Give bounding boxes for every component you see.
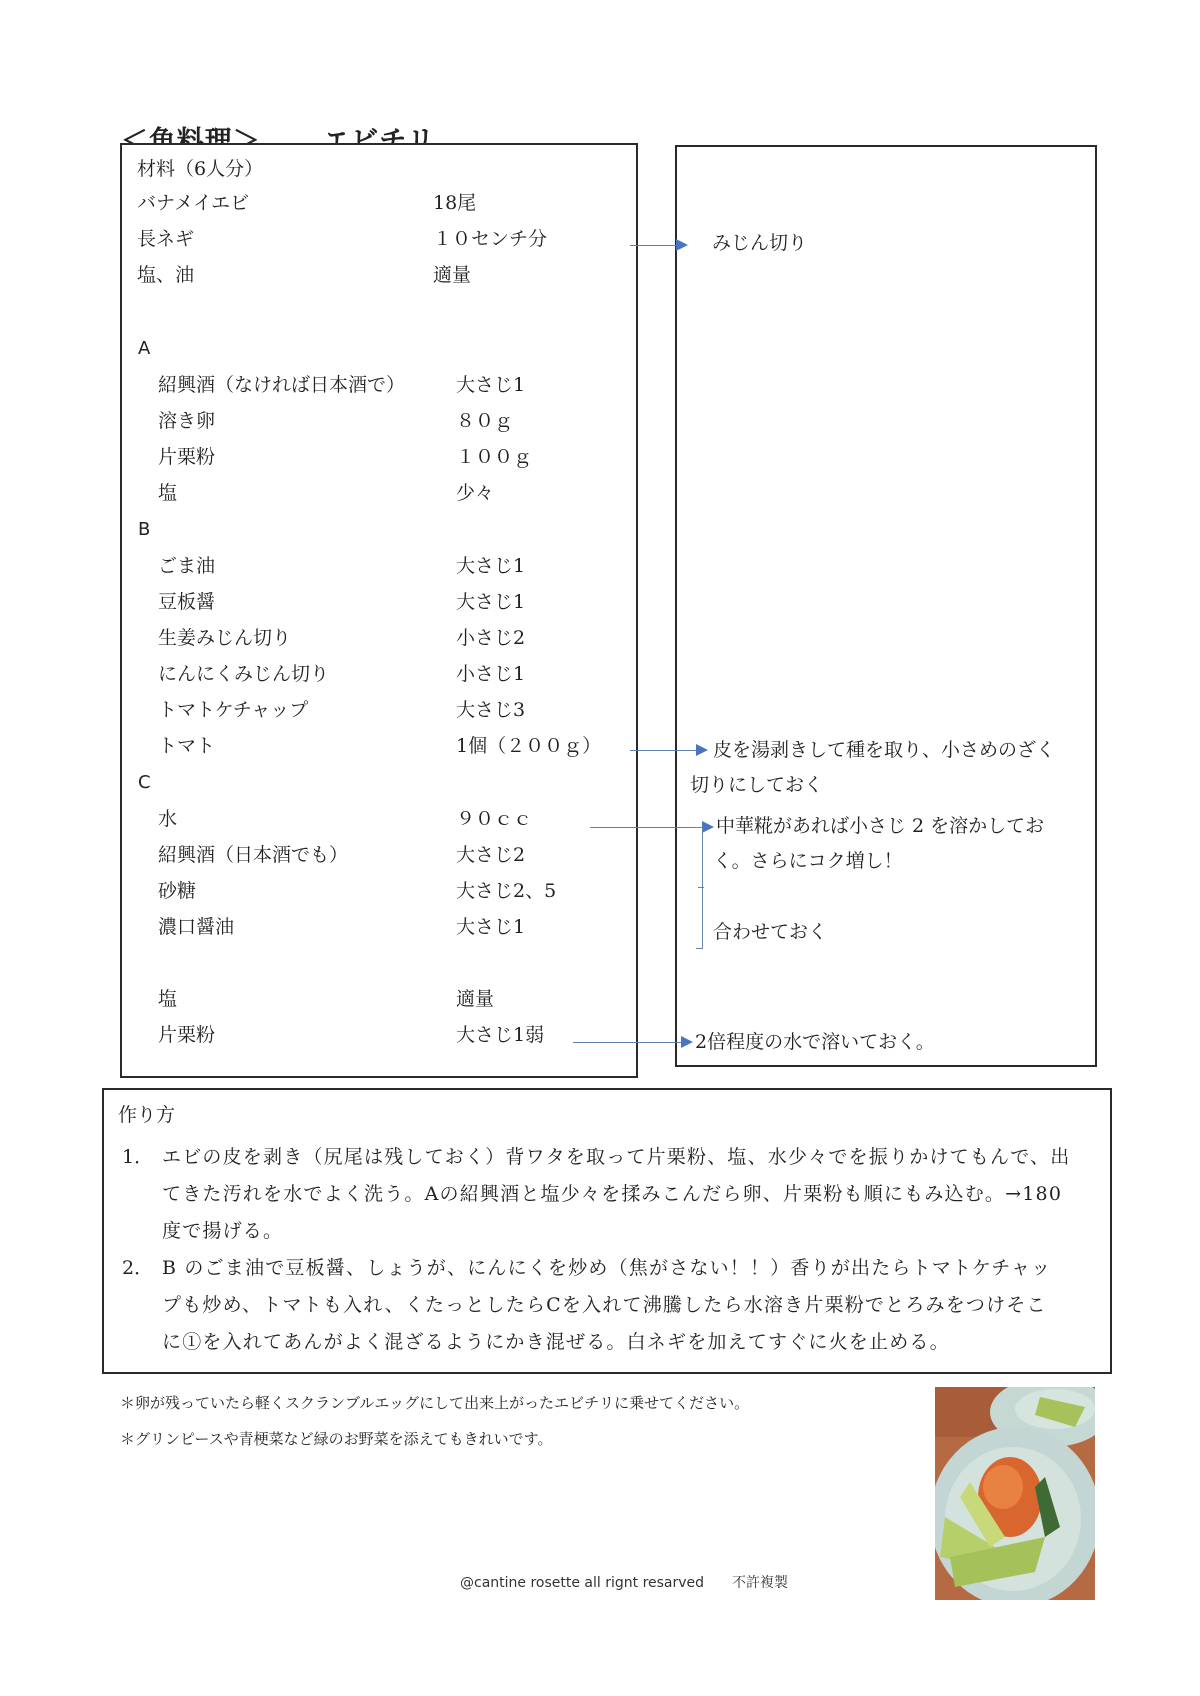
arrow-line — [573, 1042, 683, 1043]
step-text: に①を入れてあんがよく混ざるようにかき混ぜる。白ネギを加えてすぐに火を止める。 — [162, 1327, 950, 1354]
ingredient-qty: 大さじ1 — [456, 376, 525, 395]
ingredient-name: 水 — [158, 810, 177, 829]
ingredient-name: 長ネギ — [137, 230, 194, 249]
ingredient-name: 豆板醤 — [158, 593, 215, 612]
ingredient-qty: 少々 — [456, 484, 494, 503]
footnote: ＊グリンピースや青梗菜など緑のお野菜を添えてもきれいです。 — [120, 1428, 552, 1449]
ingredient-name: 生姜みじん切り — [158, 629, 291, 648]
ingredient-qty: １０センチ分 — [433, 230, 547, 249]
arrow-right-icon — [696, 744, 708, 756]
ingredient-name: 紹興酒（なければ日本酒で） — [158, 376, 405, 395]
step-number: 2． — [122, 1253, 153, 1280]
ingredient-name: にんにくみじん切り — [158, 665, 329, 684]
arrow-right-icon — [676, 239, 688, 251]
ingredient-qty: 適量 — [456, 990, 494, 1009]
ingredient-qty: 大さじ1弱 — [456, 1026, 544, 1045]
step-text: てきた汚れを水でよく洗う。Aの紹興酒と塩少々を揉みこんだら卵、片栗粉も順にもみ込… — [162, 1179, 1062, 1206]
ingredient-name: 砂糖 — [158, 882, 196, 901]
arrow-line — [630, 750, 698, 751]
ingredient-name: トマトケチャップ — [158, 701, 308, 720]
ingredient-qty: ８０ｇ — [456, 412, 513, 431]
arrow-line — [590, 827, 702, 828]
step-number: 1． — [122, 1142, 153, 1169]
footnote: ＊卵が残っていたら軽くスクランブルエッグにして出来上がったエビチリに乗せてくださ… — [120, 1392, 749, 1413]
note-water-line1: 中華糀があれば小さじ 2 を溶かしてお — [716, 817, 1044, 836]
note-negi: みじん切り — [712, 234, 807, 253]
bracket-tick — [698, 887, 704, 888]
ingredient-qty: 大さじ1 — [456, 557, 525, 576]
ingredient-qty: 大さじ3 — [456, 701, 525, 720]
ingredient-name: 塩 — [158, 990, 177, 1009]
ingredient-qty: １００ｇ — [456, 448, 532, 467]
ingredient-qty: 大さじ2 — [456, 846, 525, 865]
ingredient-name: トマト — [158, 737, 215, 756]
arrow-right-icon — [702, 821, 714, 833]
note-starch: 2倍程度の水で溶いておく。 — [695, 1033, 935, 1052]
note-tomato-line1: 皮を湯剥きして種を取り、小さめのざく — [713, 741, 1055, 760]
ingredient-name: ごま油 — [158, 557, 215, 576]
group-label-a: A — [138, 340, 150, 358]
group-label-c: C — [138, 774, 151, 792]
ingredient-name: 片栗粉 — [158, 1026, 215, 1045]
ingredient-name: 片栗粉 — [158, 448, 215, 467]
arrow-line — [630, 245, 678, 246]
step-text: B のごま油で豆板醤、しょうが、にんにくを炒め（焦がさない！！）香りが出たらトマ… — [162, 1253, 1051, 1280]
ingredient-qty: ９０ｃｃ — [456, 810, 532, 829]
note-water-line2: く。さらにコク増し！ — [713, 852, 903, 871]
ingredient-qty: 大さじ2、5 — [456, 882, 556, 901]
method-heading: 作り方 — [118, 1106, 175, 1125]
step-text: プも炒め、トマトも入れ、くたっとしたらCを入れて沸騰したら水溶き片栗粉でとろみを… — [162, 1290, 1047, 1317]
ingredient-qty: 1個（２００ｇ） — [456, 737, 601, 756]
dish-photo — [935, 1387, 1095, 1600]
dish-photo-illustration — [935, 1387, 1095, 1600]
ingredient-qty: 小さじ2 — [456, 629, 525, 648]
note-combine: 合わせておく — [713, 923, 827, 942]
copyright: @cantine rosette all rignt resarved 不許複製 — [460, 1572, 788, 1592]
ingredient-qty: 18尾 — [433, 194, 476, 213]
step-text: 度で揚げる。 — [162, 1216, 283, 1243]
ingredient-name: 溶き卵 — [158, 412, 215, 431]
group-label-b: B — [138, 521, 150, 539]
ingredient-qty: 大さじ1 — [456, 918, 525, 937]
note-tomato-line2: 切りにしておく — [690, 776, 823, 795]
arrow-right-icon — [681, 1036, 693, 1048]
ingredient-name: 紹興酒（日本酒でも） — [158, 846, 348, 865]
step-text: エビの皮を剥き（尻尾は残しておく）背ワタを取って片栗粉、塩、水少々でを振りかけて… — [162, 1142, 1070, 1169]
ingredient-name: 塩、油 — [137, 266, 194, 285]
group-bracket — [696, 827, 703, 949]
ingredients-heading: 材料（6人分） — [137, 160, 263, 179]
ingredient-name: バナメイエビ — [137, 194, 249, 213]
ingredient-qty: 小さじ1 — [456, 665, 525, 684]
ingredient-name: 塩 — [158, 484, 177, 503]
ingredient-qty: 大さじ1 — [456, 593, 525, 612]
ingredient-name: 濃口醤油 — [158, 918, 234, 937]
ingredient-qty: 適量 — [433, 266, 471, 285]
